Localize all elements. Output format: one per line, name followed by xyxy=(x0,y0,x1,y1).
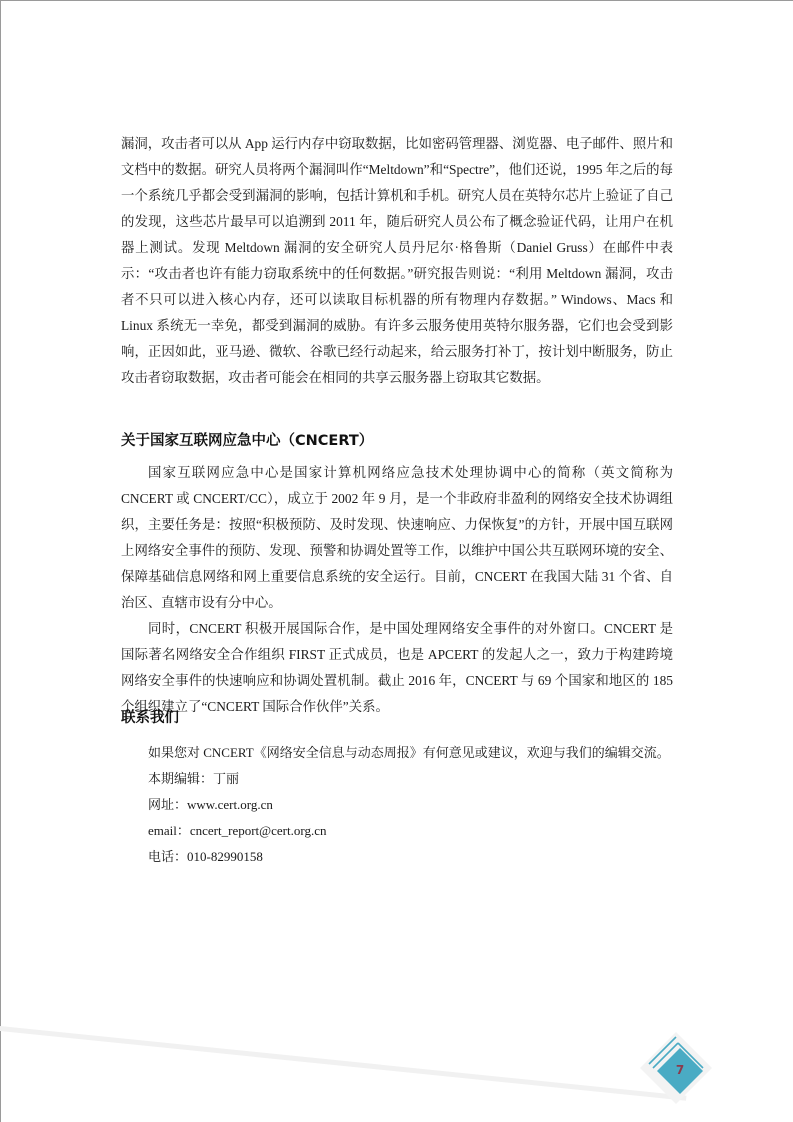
contact-website[interactable]: 网址：www.cert.org.cn xyxy=(121,792,673,818)
section-heading-contact: 联系我们 xyxy=(121,707,673,729)
about-paragraph-2: 同时，CNCERT 积极开展国际合作，是中国处理网络安全事件的对外窗口。CNCE… xyxy=(121,616,673,720)
contact-email[interactable]: email：cncert_report@cert.org.cn xyxy=(121,818,673,844)
about-cncert-section: 关于国家互联网应急中心（CNCERT） 国家互联网应急中心是国家计算机网络应急技… xyxy=(121,430,673,720)
page-border-top xyxy=(0,0,793,1)
page-border-left xyxy=(0,0,1,1122)
meltdown-article-continuation: 漏洞，攻击者可以从 App 运行内存中窃取数据，比如密码管理器、浏览器、电子邮件… xyxy=(121,131,673,391)
about-paragraph-1: 国家互联网应急中心是国家计算机网络应急技术处理协调中心的简称（英文简称为 CNC… xyxy=(121,460,673,616)
section-heading-about: 关于国家互联网应急中心（CNCERT） xyxy=(121,430,673,452)
contact-editor: 本期编辑：丁丽 xyxy=(121,766,673,792)
contact-intro: 如果您对 CNCERT《网络安全信息与动态周报》有何意见或建议，欢迎与我们的编辑… xyxy=(121,740,673,766)
page-number: 7 xyxy=(670,1063,690,1077)
decorative-footer-line xyxy=(0,1026,686,1101)
article-paragraph: 漏洞，攻击者可以从 App 运行内存中窃取数据，比如密码管理器、浏览器、电子邮件… xyxy=(121,131,673,391)
contact-phone: 电话：010-82990158 xyxy=(121,844,673,870)
contact-section: 联系我们 如果您对 CNCERT《网络安全信息与动态周报》有何意见或建议，欢迎与… xyxy=(121,707,673,870)
